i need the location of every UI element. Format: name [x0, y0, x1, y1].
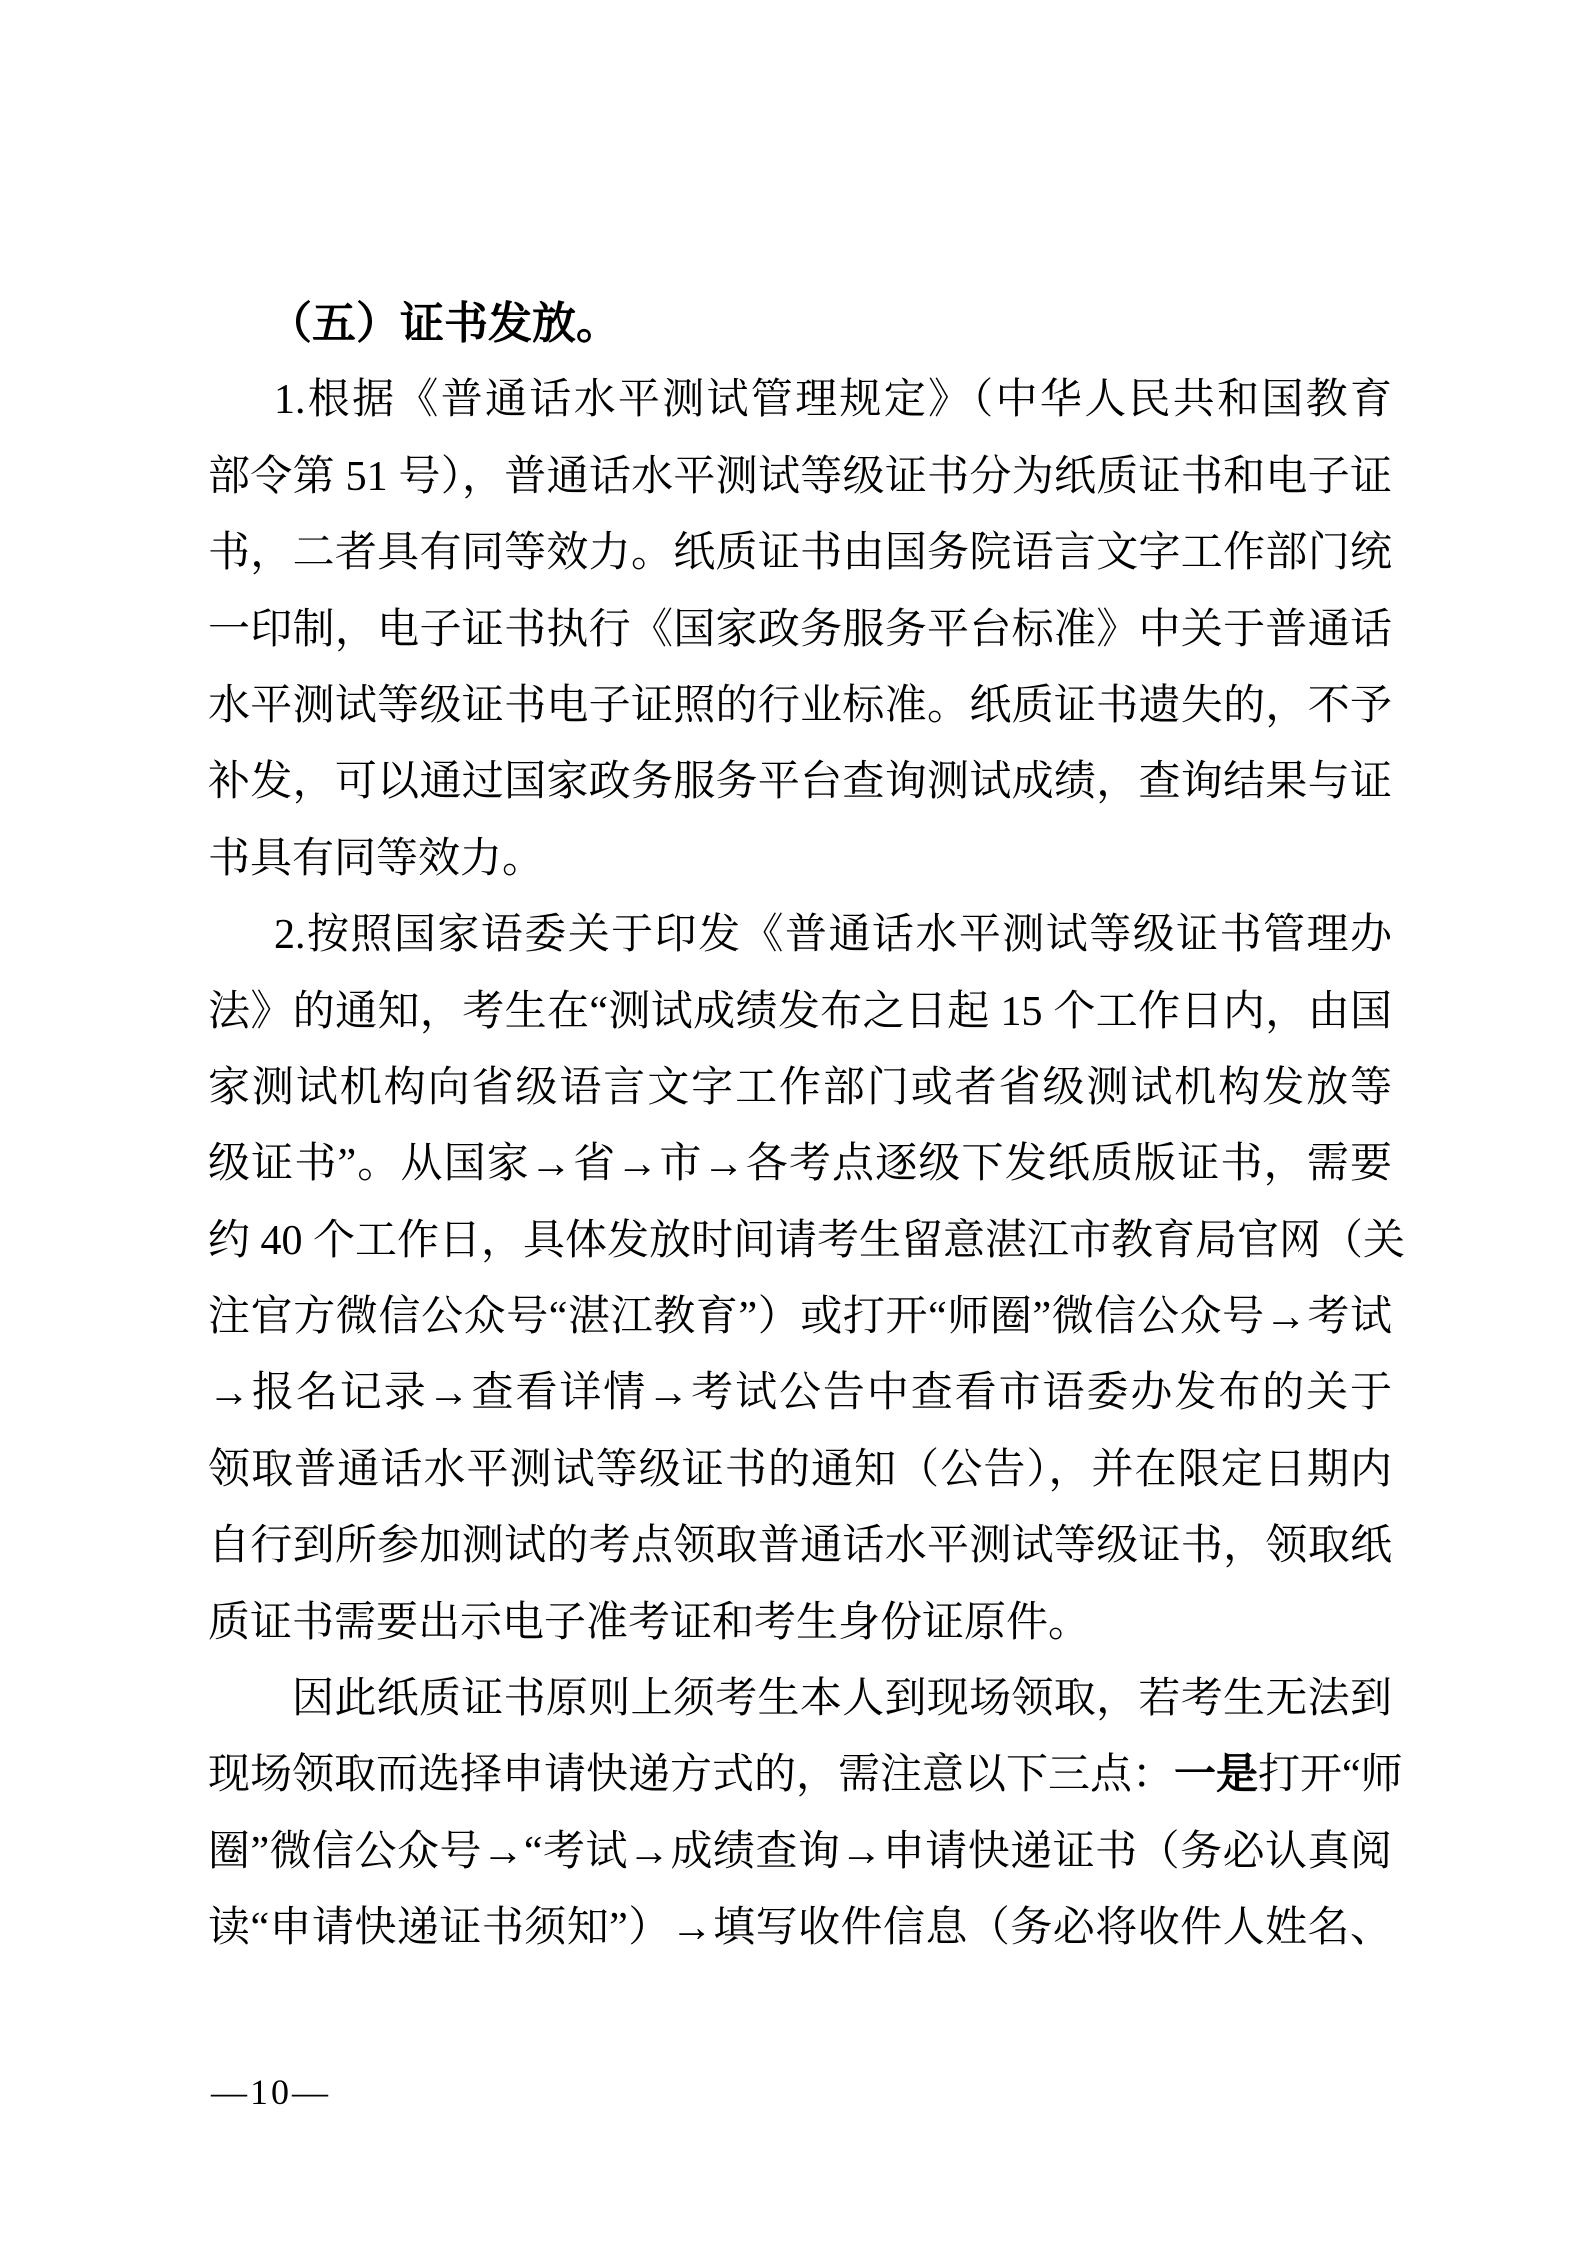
text-line: 部令第 51 号），普通话水平测试等级证书分为纸质证书和电子证 — [208, 439, 1392, 515]
text-line: 书具有同等效力。 — [208, 821, 1392, 897]
text-line: 法》的通知，考生在“测试成绩发布之日起 15 个工作日内，由国 — [208, 974, 1392, 1050]
text-line: 家测试机构向省级语言文字工作部门或者省级测试机构发放等 — [208, 1050, 1392, 1126]
text-line: 约 40 个工作日，具体发放时间请考生留意湛江市教育局官网（关 — [208, 1203, 1392, 1279]
document-body: （五）证书发放。 1.根据《普通话水平测试管理规定》（中华人民共和国教育 部令第… — [208, 286, 1392, 1967]
text-segment: 现场领取而选择申请快递方式的，需注意以下三点： — [208, 1752, 1174, 1798]
document-page: （五）证书发放。 1.根据《普通话水平测试管理规定》（中华人民共和国教育 部令第… — [0, 0, 1587, 2245]
text-line: 1.根据《普通话水平测试管理规定》（中华人民共和国教育 — [208, 362, 1392, 438]
text-line: 书，二者具有同等效力。纸质证书由国务院语言文字工作部门统 — [208, 515, 1392, 591]
text-line: 级证书”。从国家→省→市→各考点逐级下发纸质版证书，需要 — [208, 1126, 1392, 1202]
text-line: 现场领取而选择申请快递方式的，需注意以下三点：一是打开“师 — [208, 1737, 1392, 1813]
text-line: 注官方微信公众号“湛江教育”）或打开“师圈”微信公众号→考试 — [208, 1279, 1392, 1355]
text-line: 领取普通话水平测试等级证书的通知（公告），并在限定日期内 — [208, 1432, 1392, 1508]
text-line: 自行到所参加测试的考点领取普通话水平测试等级证书，领取纸 — [208, 1508, 1392, 1584]
text-line: 质证书需要出示电子准考证和考生身份证原件。 — [208, 1585, 1392, 1661]
text-line: 水平测试等级证书电子证照的行业标准。纸质证书遗失的，不予 — [208, 668, 1392, 744]
text-line: →报名记录→查看详情→考试公告中查看市语委办发布的关于 — [208, 1355, 1392, 1431]
text-line: 一印制，电子证书执行《国家政务服务平台标准》中关于普通话 — [208, 592, 1392, 668]
text-line: 因此纸质证书原则上须考生本人到现场领取，若考生无法到 — [208, 1661, 1392, 1737]
page-number: —10— — [211, 2068, 331, 2116]
text-line: 2.按照国家语委关于印发《普通话水平测试等级证书管理办 — [208, 897, 1392, 973]
section-heading: （五）证书发放。 — [208, 286, 1392, 362]
bold-text-segment: 一是 — [1174, 1752, 1258, 1798]
text-line: 读“申请快递证书须知”）→填写收件信息（务必将收件人姓名、 — [208, 1890, 1392, 1966]
text-line: 圈”微信公众号→“考试→成绩查询→申请快递证书（务必认真阅 — [208, 1814, 1392, 1890]
text-line: 补发，可以通过国家政务服务平台查询测试成绩，查询结果与证 — [208, 744, 1392, 820]
text-segment: 打开“师 — [1258, 1752, 1403, 1798]
